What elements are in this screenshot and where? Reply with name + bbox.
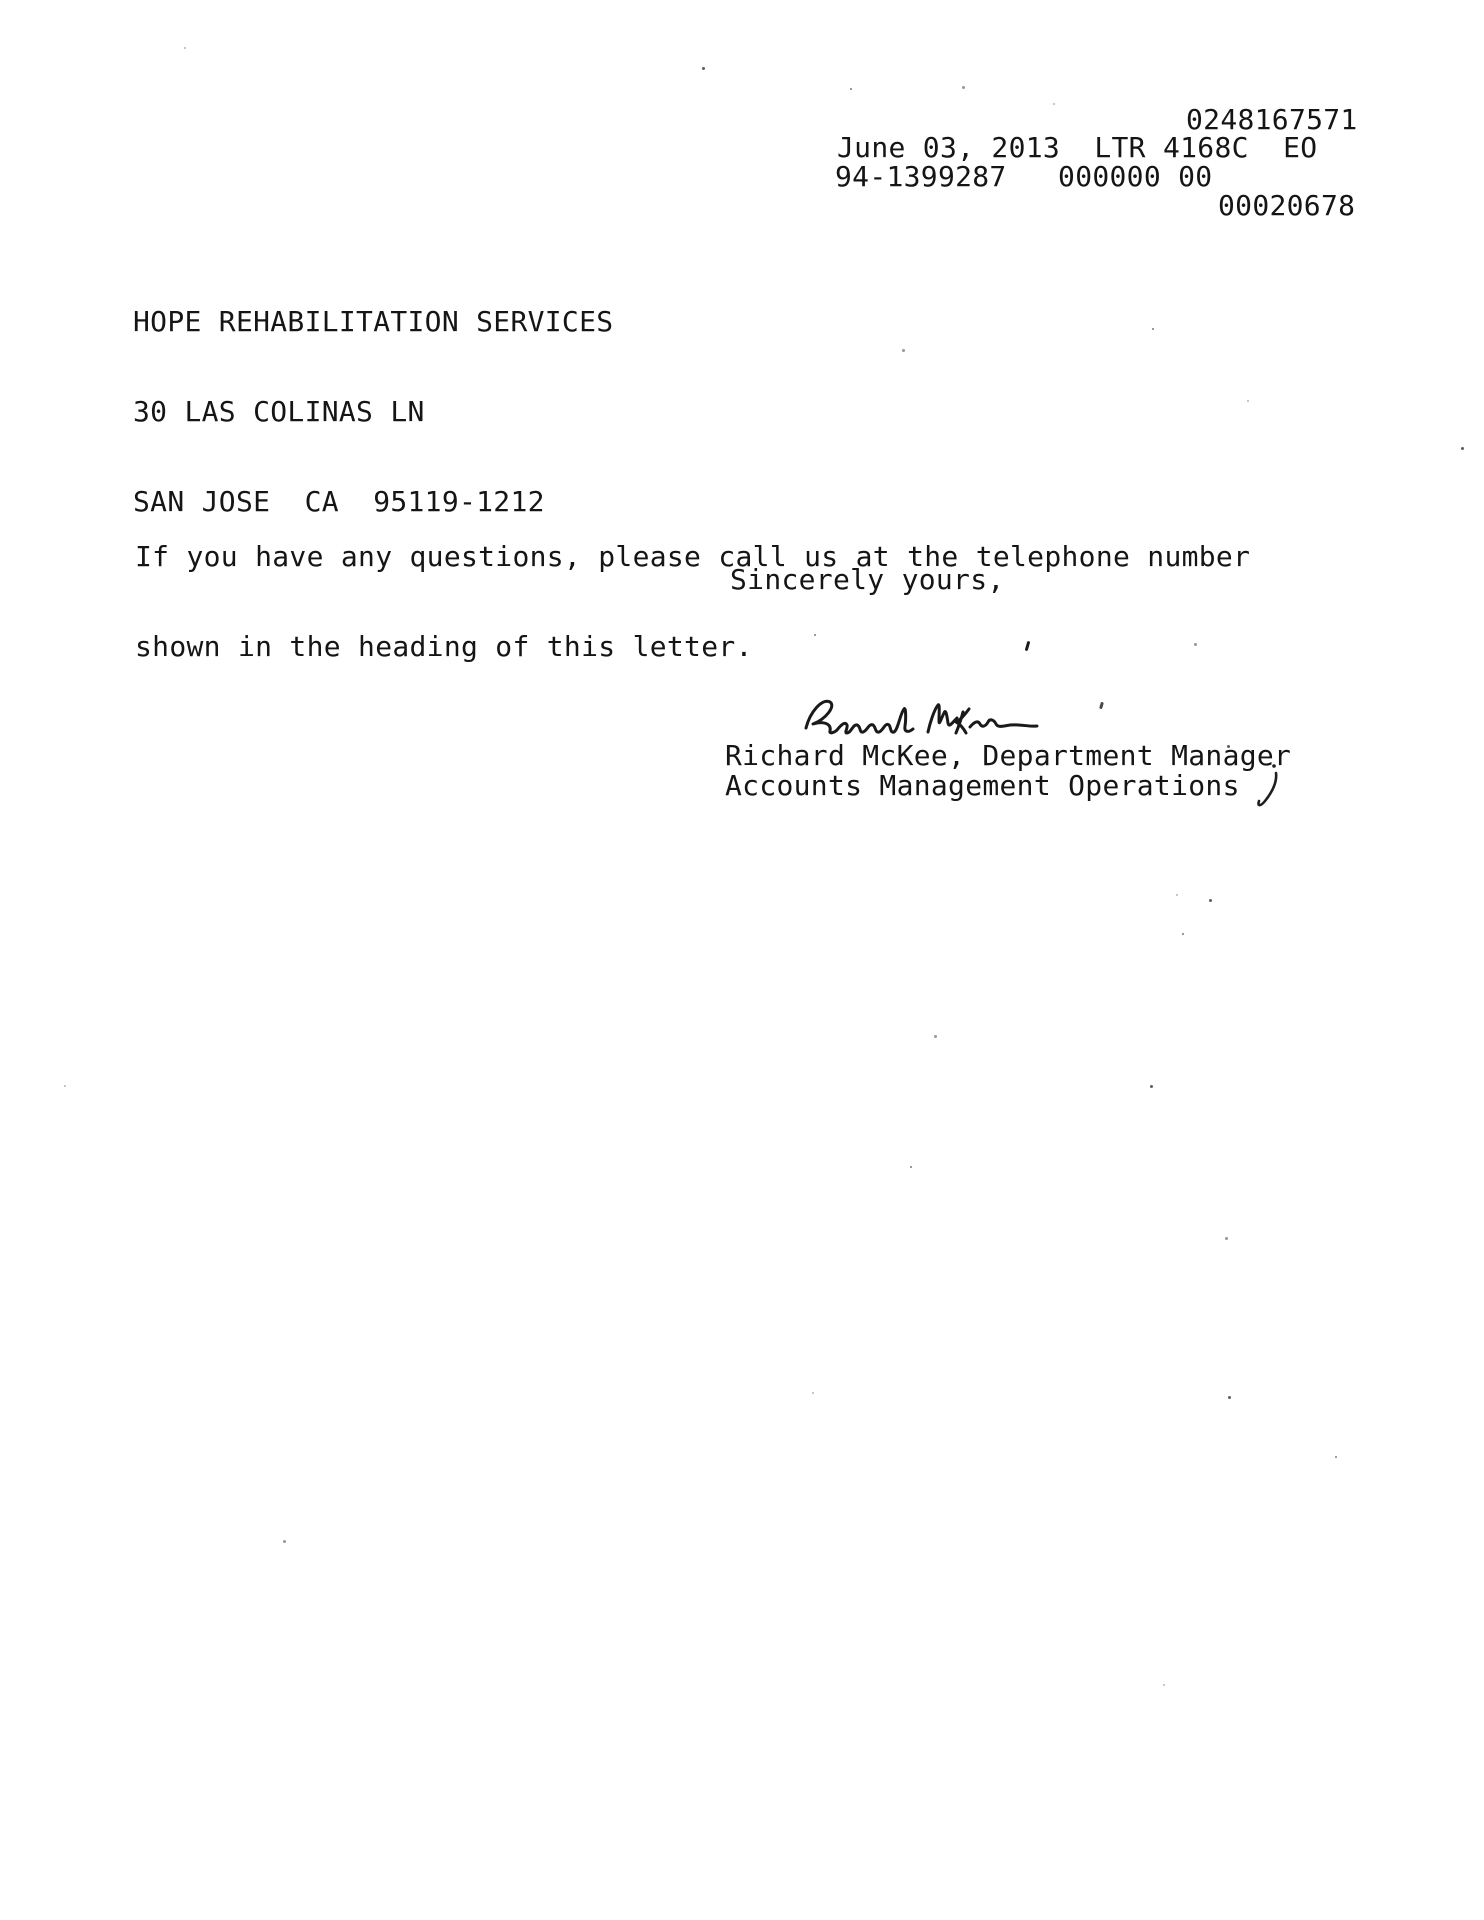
date-and-letter-code-line: June 03, 2013 LTR 4168C EO bbox=[837, 133, 1317, 163]
signer-title-line: Accounts Management Operations bbox=[725, 771, 1240, 801]
ink-squiggle-mark bbox=[1252, 760, 1288, 814]
signer-name-line: Richard McKee, Department Manager bbox=[725, 741, 1291, 771]
scan-speck bbox=[934, 1035, 937, 1038]
scan-speck bbox=[1182, 933, 1184, 935]
closing-salutation: Sincerely yours, bbox=[730, 565, 1005, 595]
scan-speck bbox=[184, 47, 186, 49]
batch-number: 00020678 bbox=[1218, 191, 1355, 221]
scan-speck bbox=[910, 1166, 912, 1168]
scan-speck bbox=[1176, 894, 1178, 896]
recipient-street: 30 LAS COLINAS LN bbox=[133, 397, 613, 427]
body-line-2: shown in the heading of this letter. bbox=[135, 632, 1250, 662]
scan-speck bbox=[962, 86, 965, 89]
signature-richard-mckee-image bbox=[800, 692, 1040, 746]
scan-speck bbox=[902, 349, 905, 352]
scan-speck bbox=[64, 1085, 66, 1087]
scan-speck bbox=[1227, 745, 1230, 748]
scan-speck bbox=[283, 1540, 286, 1543]
scan-speck bbox=[1150, 1085, 1153, 1088]
ein-line: 94-1399287 000000 00 bbox=[835, 162, 1212, 192]
scan-speck bbox=[814, 634, 816, 636]
recipient-name: HOPE REHABILITATION SERVICES bbox=[133, 307, 613, 337]
scan-speck bbox=[1228, 1396, 1231, 1399]
scan-speck bbox=[1163, 1684, 1165, 1686]
scan-speck bbox=[1461, 447, 1464, 450]
scan-speck bbox=[1194, 643, 1197, 646]
body-line-1: If you have any questions, please call u… bbox=[135, 542, 1250, 572]
scan-speck bbox=[850, 88, 852, 90]
scan-speck bbox=[1225, 1237, 1228, 1240]
letter-page: 0248167571 June 03, 2013 LTR 4168C EO 94… bbox=[0, 0, 1484, 1920]
body-paragraph: If you have any questions, please call u… bbox=[135, 482, 1250, 722]
scan-speck bbox=[1247, 400, 1249, 402]
scan-speck bbox=[1335, 1456, 1337, 1458]
scan-speck bbox=[1209, 899, 1212, 902]
scan-speck bbox=[1053, 103, 1055, 105]
scan-speck bbox=[1152, 328, 1154, 330]
scan-speck bbox=[702, 67, 705, 70]
scan-speck bbox=[812, 1392, 814, 1394]
